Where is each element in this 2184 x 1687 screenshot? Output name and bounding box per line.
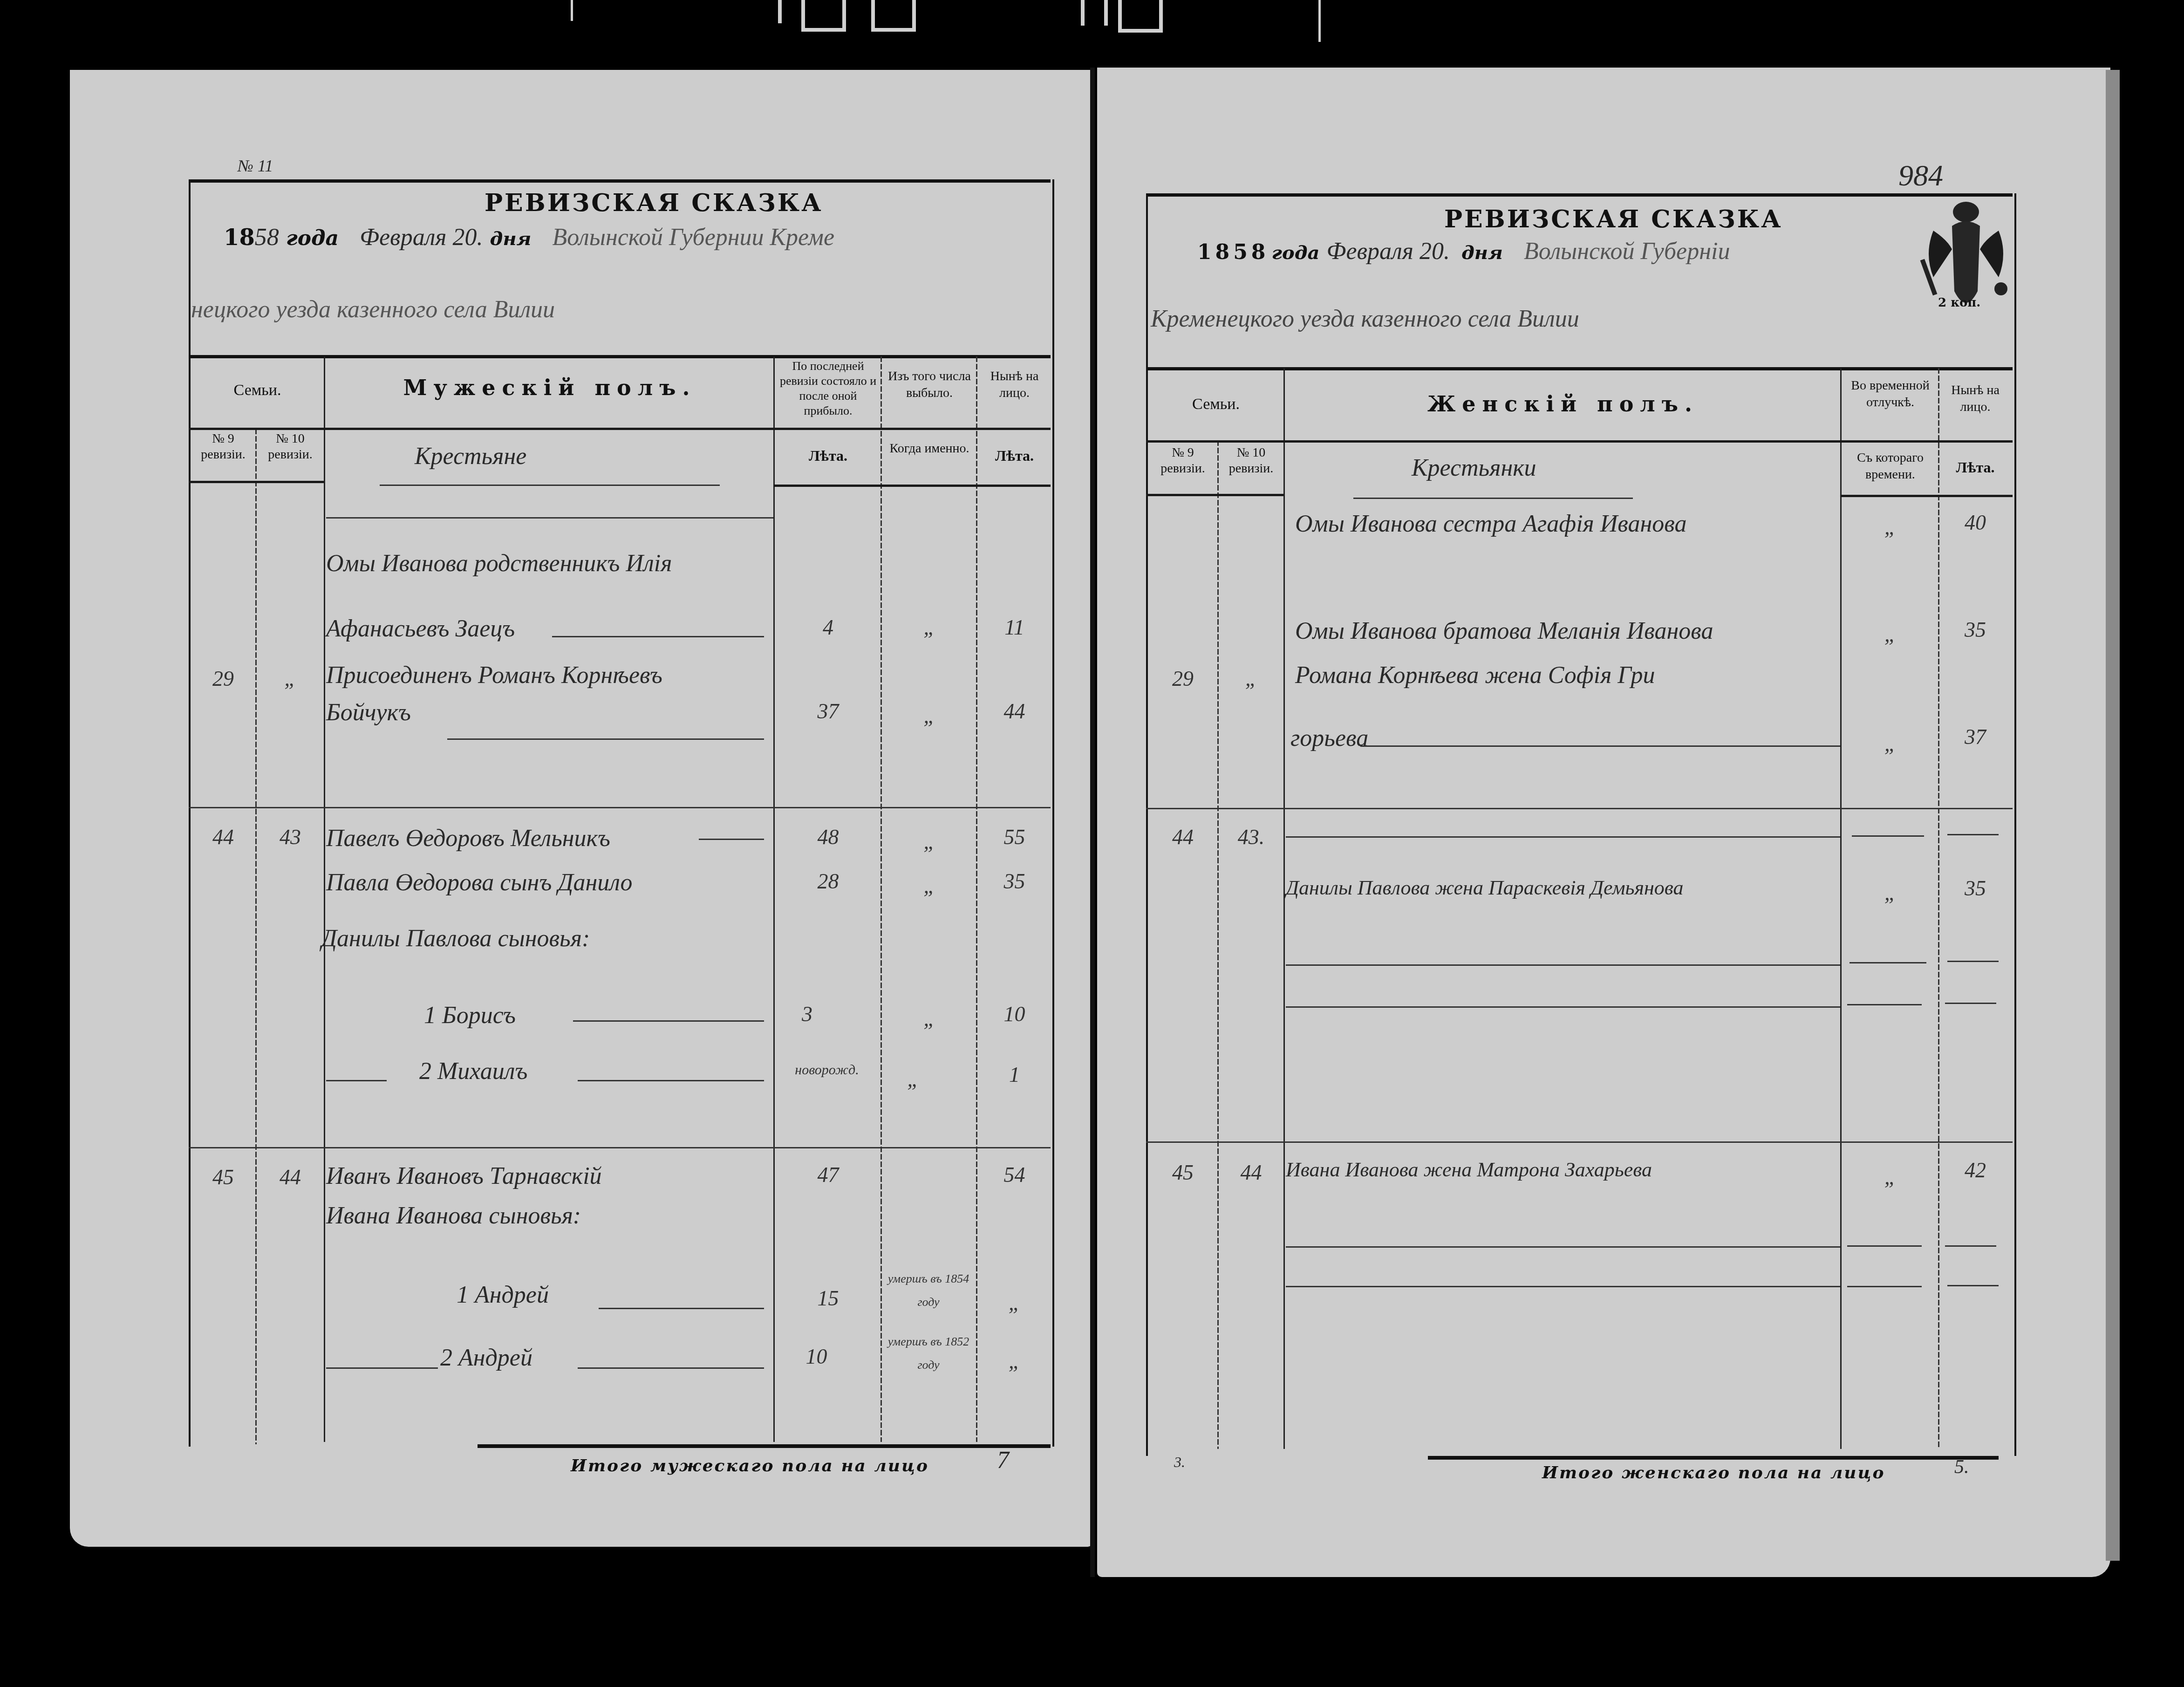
- col-divider: [1840, 368, 1842, 1449]
- right-subheader-rule: [1146, 440, 2013, 443]
- row-last: 4: [776, 615, 880, 640]
- left-total-label: Итого мужескаго пола на лицо: [571, 1456, 929, 1475]
- row-name: Афанасьевъ Заецъ: [326, 615, 515, 642]
- family-rule: [189, 1147, 1051, 1148]
- place-hand-line2: нецкого уезда казенного села Вилии: [191, 296, 555, 323]
- header-years: Лѣта.: [1940, 459, 2010, 476]
- row-now: 42: [1940, 1158, 2010, 1182]
- row-rule: [1286, 1246, 1840, 1248]
- header-absent: Во временной отлучкѣ.: [1843, 377, 1938, 411]
- row-now: 54: [978, 1162, 1051, 1187]
- right-total-label: Итого женскаго пола на лицо: [1542, 1463, 1885, 1482]
- row-last: 10: [764, 1344, 869, 1369]
- category-underline: [1353, 498, 1633, 499]
- row-last: 15: [776, 1286, 880, 1311]
- category-hand: Крестьяне: [415, 443, 526, 470]
- row-rule: [1847, 1004, 1922, 1005]
- row-name: Омы Иванова сестра Агафія Иванова: [1295, 510, 1687, 538]
- row-name: Павелъ Өедоровъ Мельникъ: [326, 825, 610, 852]
- row-name: Присоединенъ Романъ Корнѣевъ: [326, 662, 662, 689]
- row-now: 35: [978, 869, 1051, 894]
- row-name: 2 Михаилъ: [419, 1058, 527, 1085]
- row-left: „: [883, 874, 976, 898]
- row-name: Иванъ Ивановъ Тарнавскій: [326, 1162, 602, 1190]
- row-dash: [1360, 745, 1840, 747]
- col-divider: [255, 429, 257, 1444]
- left-data-rule: [189, 481, 324, 483]
- archive-mark-digit: [1118, 0, 1163, 33]
- row-dash: [326, 1367, 438, 1369]
- right-title: РЕВИЗСКАЯ СКАЗКА: [1444, 205, 1783, 233]
- family-rule: [1146, 808, 2013, 809]
- left-title: РЕВИЗСКАЯ СКАЗКА: [485, 189, 823, 217]
- left-data-rule: [773, 485, 1051, 487]
- row-last: 3: [755, 1002, 860, 1026]
- row-now: 35: [1940, 876, 2010, 901]
- row-name: горьева: [1290, 724, 1368, 752]
- row-now: 35: [1940, 617, 2010, 642]
- row-rev9: 29: [1148, 666, 1217, 691]
- row-name: 1 Андрей: [457, 1281, 549, 1309]
- header-years: Лѣта.: [776, 447, 880, 464]
- left-subheader-rule: [189, 428, 1051, 430]
- row-rev9: 45: [191, 1165, 255, 1189]
- right-date-line: 1858 года Февраля 20. дня Волынской Губе…: [1197, 238, 1896, 275]
- col-divider: [773, 356, 775, 1442]
- row-now: 1: [978, 1062, 1051, 1087]
- page-stack-edge: [2106, 70, 2120, 1561]
- left-total-value: 7: [997, 1447, 1009, 1474]
- row-left: умершъ въ 1854 году: [882, 1267, 975, 1314]
- row-rule: [1847, 1286, 1922, 1287]
- col-divider: [1283, 368, 1285, 1449]
- row-name: Ивана Иванова сыновья:: [326, 1202, 581, 1229]
- archive-mark-tick: [571, 0, 573, 21]
- right-data-rule: [1146, 494, 1283, 496]
- book-gutter: [1090, 68, 1095, 1577]
- header-left: Изъ того числа выбыло.: [883, 368, 976, 402]
- row-dash: [326, 1080, 387, 1081]
- row-rev9: 29: [191, 666, 255, 691]
- row-rule: [1286, 1006, 1840, 1008]
- row-now: 55: [978, 825, 1051, 849]
- header-last-rev: По последней ревизіи состояло и после он…: [776, 359, 880, 418]
- header-sex: Женскій полъ.: [1286, 391, 1840, 417]
- row-last: новорожд.: [773, 1062, 880, 1078]
- place-hand: Волынской Губернии Креме: [553, 224, 835, 251]
- header-since: Съ котораго времени.: [1843, 450, 1938, 483]
- row-name: Данилы Павлова жена Параскевія Демьянова: [1286, 876, 1684, 900]
- row-rev10: 44: [1219, 1160, 1283, 1185]
- row-rev10: „: [257, 666, 324, 691]
- month-hand: Февраля 20.: [1327, 238, 1450, 265]
- header-rev10: № 10 ревизіи.: [1219, 445, 1283, 477]
- header-rev9: № 9 ревизіи.: [1148, 445, 1217, 477]
- right-total-value: 5.: [1954, 1456, 1969, 1478]
- row-dash: [578, 1367, 764, 1369]
- row-left: „: [883, 703, 976, 728]
- row-absent: „: [1843, 622, 1938, 647]
- header-rev10: № 10 ревизіи.: [257, 431, 324, 463]
- row-rev9: 45: [1148, 1160, 1217, 1185]
- row-dash: [599, 1308, 764, 1309]
- row-rev10: 43: [257, 825, 324, 849]
- row-rule: [1945, 1003, 1996, 1004]
- row-rule: [326, 517, 773, 519]
- left-total-rule: [478, 1444, 1051, 1448]
- archive-mark-digit: [801, 0, 846, 32]
- row-dash: [699, 839, 764, 840]
- row-last: 28: [776, 869, 880, 894]
- year-word: года: [286, 226, 339, 250]
- row-rule: [1286, 964, 1840, 966]
- row-dash: [578, 1080, 764, 1081]
- day-word: дня: [490, 228, 532, 250]
- row-rev10: „: [1219, 666, 1283, 691]
- row-left: „: [883, 829, 976, 854]
- bottom-mark: 3.: [1174, 1454, 1185, 1471]
- right-total-rule: [1428, 1456, 1999, 1460]
- header-families: Семьи.: [1148, 396, 1283, 413]
- row-now: „: [978, 1349, 1051, 1373]
- col-divider: [1217, 440, 1219, 1449]
- row-now: 40: [1940, 510, 2010, 535]
- header-rev9: № 9 ревизіи.: [191, 431, 255, 463]
- row-name: Бойчукъ: [326, 699, 411, 726]
- row-left: „: [867, 1067, 960, 1092]
- row-name: Омы Иванова родственникъ Илія: [326, 550, 672, 577]
- row-now: 10: [978, 1002, 1051, 1026]
- row-left: умершъ въ 1852 году: [882, 1330, 975, 1377]
- row-left: „: [883, 1006, 976, 1031]
- row-last: 48: [776, 825, 880, 849]
- place-hand-line2: Кременецкого уезда казенного села Вилии: [1151, 305, 1579, 333]
- right-header-rule: [1146, 367, 2013, 370]
- row-last: 47: [776, 1162, 880, 1187]
- row-last: 37: [776, 699, 880, 724]
- archive-mark-digit: [1104, 0, 1108, 26]
- row-rev10: 43.: [1219, 825, 1283, 849]
- row-dash: [573, 1020, 764, 1022]
- row-rev9: 44: [1148, 825, 1217, 849]
- col-divider: [1938, 368, 1939, 1449]
- row-name: Романа Корнѣева жена Софія Гри: [1295, 662, 1655, 689]
- row-rule: [1286, 1286, 1840, 1287]
- row-rule: [1847, 1245, 1922, 1247]
- year-word: года: [1272, 242, 1320, 264]
- row-name: Омы Иванова братова Меланія Иванова: [1295, 617, 1713, 645]
- row-dash: [552, 636, 764, 637]
- header-years2: Лѣта.: [978, 447, 1051, 464]
- stamp-value: 2 коп.: [1938, 296, 1980, 310]
- col-divider: [976, 356, 977, 1442]
- corner-mark: № 11: [238, 156, 273, 176]
- archive-mark-digit: [1081, 0, 1085, 26]
- row-left: „: [883, 615, 976, 640]
- row-name: Данилы Павлова сыновья:: [321, 925, 590, 952]
- row-now: 37: [1940, 724, 2010, 749]
- family-rule: [1146, 1141, 2013, 1143]
- row-now: 11: [978, 615, 1051, 640]
- header-now: Нынѣ на лицо.: [1940, 382, 2010, 416]
- archive-mark-digit: [778, 0, 782, 23]
- row-rev10: 44: [257, 1165, 324, 1189]
- left-date-line: 1858 года Февраля 20. дня Волынской Губе…: [224, 224, 1044, 261]
- row-rule: [1945, 1245, 1996, 1247]
- left-header-rule: [189, 355, 1051, 358]
- row-name: Павла Өедорова сынъ Данило: [326, 869, 633, 896]
- row-now: „: [978, 1291, 1051, 1315]
- archive-mark-tick: [1318, 0, 1321, 42]
- row-rule: [1850, 962, 1926, 963]
- row-dash: [1947, 834, 1999, 835]
- row-name: 2 Андрей: [440, 1344, 532, 1372]
- header-families: Семьи.: [191, 382, 324, 399]
- place-hand: Волынской Губерніи: [1524, 238, 1730, 265]
- year-prefix: 18: [224, 225, 255, 251]
- row-absent: „: [1843, 881, 1938, 905]
- category-hand: Крестьянки: [1412, 454, 1536, 482]
- archive-mark-digit: [871, 0, 916, 32]
- row-absent: „: [1843, 1165, 1938, 1189]
- year-hand: 58: [255, 224, 279, 251]
- right-data-rule: [1840, 495, 2013, 497]
- header-now: Нынѣ на лицо.: [978, 368, 1051, 402]
- row-rule: [1947, 1285, 1999, 1286]
- year: 1858: [1197, 240, 1269, 264]
- row-rev9: 44: [191, 825, 255, 849]
- row-name: Ивана Иванова жена Матрона Захарьева: [1286, 1158, 1652, 1182]
- row-dash: [447, 738, 764, 740]
- folio-number: 984: [1898, 158, 1943, 193]
- row-now: 44: [978, 699, 1051, 724]
- col-divider: [324, 356, 325, 1442]
- header-when: Когда именно.: [883, 440, 976, 457]
- row-dash: [1286, 836, 1840, 838]
- row-dash: [1852, 835, 1924, 837]
- family-rule: [189, 807, 1051, 808]
- row-absent: „: [1843, 731, 1938, 756]
- row-rule: [1947, 961, 1999, 962]
- header-sex: Мужескій полъ.: [326, 375, 773, 400]
- day-word: дня: [1461, 242, 1503, 264]
- category-underline: [380, 485, 720, 486]
- row-absent: „: [1843, 515, 1938, 540]
- month-hand: Февраля 20.: [360, 224, 483, 251]
- row-name: 1 Борисъ: [424, 1002, 516, 1029]
